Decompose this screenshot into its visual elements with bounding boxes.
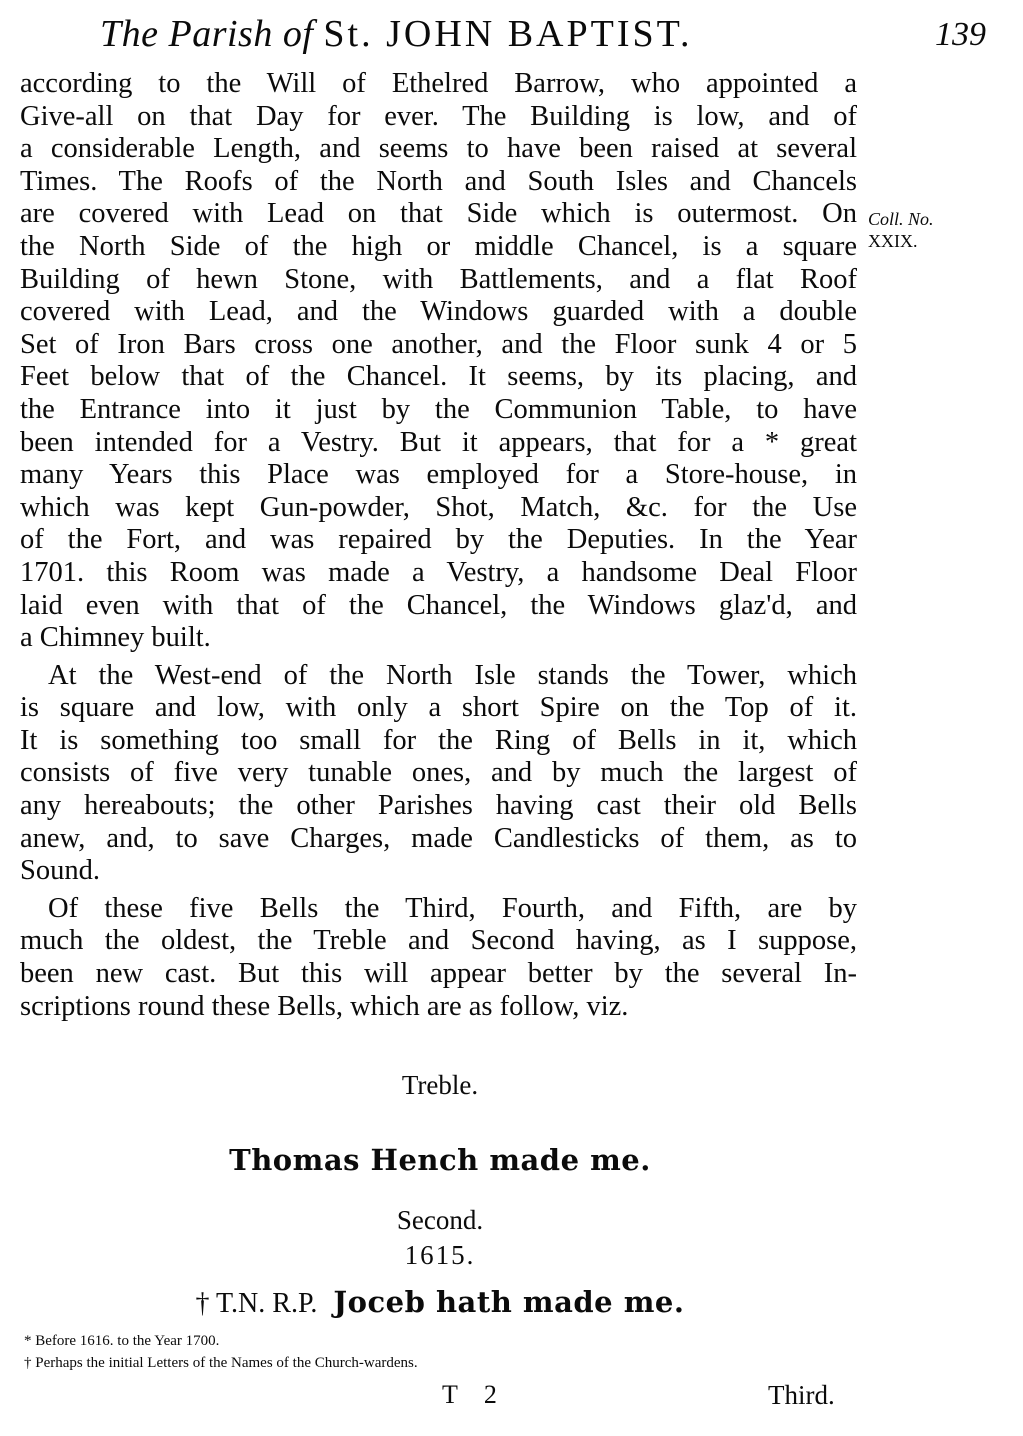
treble-inscription: Thomas Hench made me. [0,1143,880,1177]
text-line: laid even with that of the Chancel, the … [20,590,857,623]
text-line: been intended for a Vestry. But it appea… [20,427,857,460]
text-line: Set of Iron Bars cross one another, and … [20,329,857,362]
text-line: been new cast. But this will appear bett… [20,958,857,991]
churchwarden-initials: † T.N. R.P. [196,1288,318,1319]
footnotes: * Before 1616. to the Year 1700. † Perha… [24,1330,418,1374]
paragraph-2: At the West-end of the North Isle stands… [20,660,857,888]
second-inscription-line: † T.N. R.P. Joceb hath made me. [0,1285,880,1320]
catchword: Third. [768,1380,835,1411]
text-line: the Entrance into it just by the Communi… [20,394,857,427]
paragraph-1: according to the Will of Ethelred Barrow… [20,68,857,655]
text-line: 1701. this Room was made a Vestry, a han… [20,557,857,590]
text-line: anew, and, to save Charges, made Candles… [20,823,857,856]
page-number: 139 [935,16,986,54]
text-line: is square and low, with only a short Spi… [20,692,857,725]
margin-note-line1: Coll. No. [868,208,934,230]
text-line: covered with Lead, and the Windows guard… [20,296,857,329]
text-line: are covered with Lead on that Side which… [20,198,857,231]
text-line: any hereabouts; the other Parishes havin… [20,790,857,823]
text-line: It is something too small for the Ring o… [20,725,857,758]
margin-note: Coll. No. XXIX. [868,208,934,252]
text-line: according to the Will of Ethelred Barrow… [20,68,857,101]
margin-note-line2: XXIX. [868,230,934,252]
text-line: scriptions round these Bells, which are … [20,991,857,1024]
paragraph-3: Of these five Bells the Third, Fourth, a… [20,893,857,1023]
text-line: At the West-end of the North Isle stands… [20,660,857,693]
text-line: Times. The Roofs of the North and South … [20,166,857,199]
title-main: St. JOHN BAPTIST. [323,13,692,55]
second-inscription: Joceb hath made me. [333,1285,684,1319]
footnote-star: * Before 1616. to the Year 1700. [24,1330,418,1352]
text-line: a Chimney built. [20,622,857,655]
second-year: 1615. [0,1240,880,1271]
footnote-dagger: † Perhaps the initial Letters of the Nam… [24,1352,418,1374]
page-title: The Parish of St. JOHN BAPTIST. [100,12,693,56]
text-line: Sound. [20,855,857,888]
text-line: Of these five Bells the Third, Fourth, a… [20,893,857,926]
title-prefix: The Parish of [100,13,313,55]
text-line: of the Fort, and was repaired by the Dep… [20,524,857,557]
text-line: many Years this Place was employed for a… [20,459,857,492]
body-text: according to the Will of Ethelred Barrow… [20,68,857,1023]
treble-heading: Treble. [0,1070,880,1101]
text-line: which was kept Gun-powder, Shot, Match, … [20,492,857,525]
text-line: the North Side of the high or middle Cha… [20,231,857,264]
signature-mark: T 2 [442,1380,507,1410]
second-heading: Second. [0,1205,880,1236]
text-line: Building of hewn Stone, with Battlements… [20,264,857,297]
text-line: Feet below that of the Chancel. It seems… [20,361,857,394]
text-line: a considerable Length, and seems to have… [20,133,857,166]
text-line: consists of five very tunable ones, and … [20,757,857,790]
running-header: The Parish of St. JOHN BAPTIST. 139 [0,12,1023,62]
text-line: much the oldest, the Treble and Second h… [20,925,857,958]
text-line: Give-all on that Day for ever. The Build… [20,101,857,134]
